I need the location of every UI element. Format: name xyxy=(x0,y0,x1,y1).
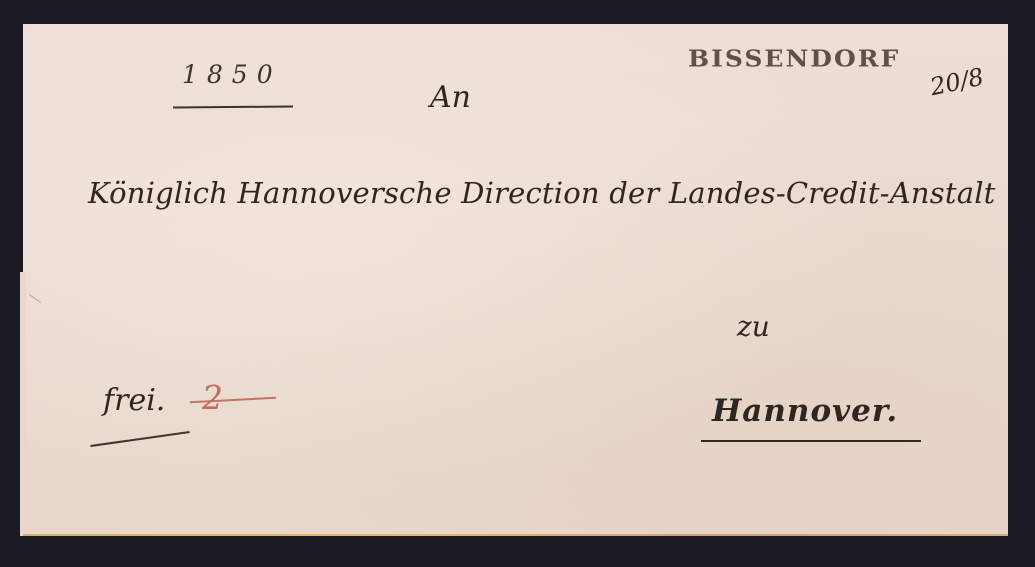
salutation: An xyxy=(430,80,471,115)
rate-marking: 2 xyxy=(202,378,223,417)
envelope xyxy=(23,24,1008,536)
year-annotation: 1850 xyxy=(182,60,282,89)
destination-city: Hannover. xyxy=(712,393,898,429)
franking-note: frei. xyxy=(103,383,165,418)
envelope-bottom-edge xyxy=(23,534,1008,536)
postal-cover-scan: BISSENDORF 20/8 1850 An Königlich Hannov… xyxy=(0,0,1035,567)
town-postmark: BISSENDORF xyxy=(688,45,900,73)
envelope-lower-flap-edge xyxy=(20,272,26,536)
preposition-zu: zu xyxy=(737,310,770,343)
destination-underline xyxy=(701,440,921,442)
addressee-line: Königlich Hannoversche Direction der Lan… xyxy=(88,176,996,210)
